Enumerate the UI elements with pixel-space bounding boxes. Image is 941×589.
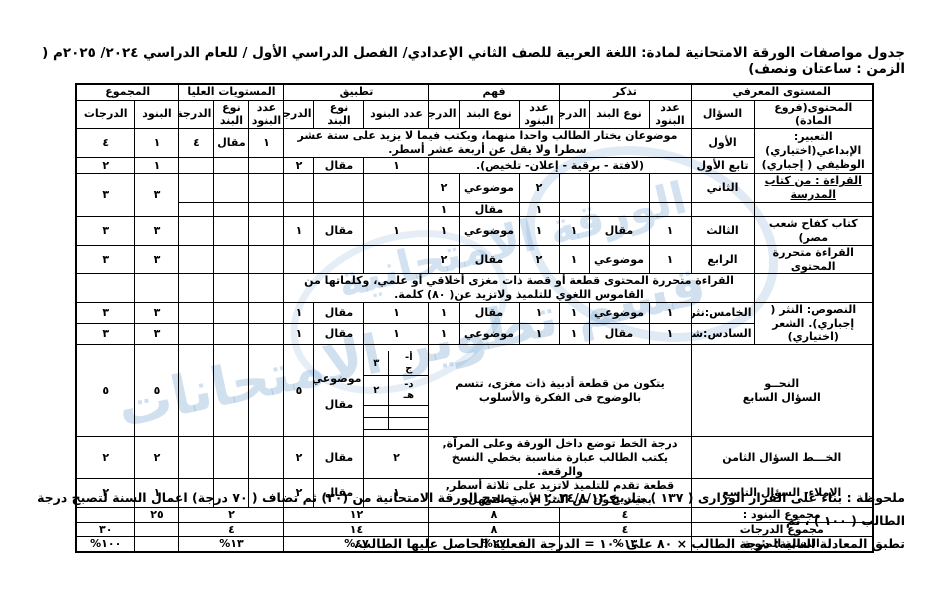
mini-row-3 [364, 405, 428, 417]
empty-cell [754, 202, 873, 217]
total-scores-q8: ٢ [76, 437, 135, 479]
app-type-q8: مقال [314, 437, 364, 479]
total-items-q6: ٣ [135, 323, 179, 344]
app-count-q8: ٢ [364, 437, 429, 479]
grammar-type-essay: مقال [316, 386, 361, 412]
row-q4: القراءة متحررة المحتوى الرابع ١ موضوعي ١… [76, 245, 873, 274]
question-first-cont: تابع الأول [691, 158, 754, 174]
comp-count-q2: ٢ [519, 174, 559, 203]
row-q1-cont: تابع الأول (لافتة - برقية - إعلان- تلخيص… [76, 158, 873, 174]
empty-cell [249, 437, 284, 479]
empty-cell [559, 174, 589, 203]
header-comprehension: فهم [429, 84, 559, 100]
empty-cell [214, 158, 249, 174]
total-items-q8: ٢ [135, 437, 179, 479]
header-total-items: البنود [135, 100, 179, 129]
empty-cell [314, 202, 364, 217]
footer-note-line1: ملحوظة : بناء على القرار الوزارى ( ١٣٧ )… [30, 486, 905, 532]
recall-type-q4: موضوعي [589, 245, 649, 274]
total-scores-q2: ٣ [76, 174, 135, 217]
empty-cell [559, 202, 589, 217]
header-group-row: المستوى المعرفي تذكر فهم تطبيق المستويات… [76, 84, 873, 100]
recall-score-q3: ١ [559, 217, 589, 246]
mini-row-4 [364, 417, 428, 429]
app-count-q3: ١ [364, 217, 429, 246]
empty-cell [214, 274, 249, 303]
empty-cell [179, 323, 214, 344]
question-third: الثالث [691, 217, 754, 246]
item-count-a-c: ٣ [364, 351, 388, 375]
header-recall-item-type: نوع البند [589, 100, 649, 129]
header-application: تطبيق [284, 84, 429, 100]
empty-cell [214, 345, 249, 437]
empty-cell [589, 174, 649, 203]
empty-cell [214, 437, 249, 479]
grammar-types-cell: موضوعي مقال [314, 345, 364, 437]
grammar-items-cell: أ- ج ٣ د- هـ ٢ [364, 345, 429, 437]
empty-cell [364, 202, 429, 217]
empty-cell [284, 174, 314, 203]
empty-cell [314, 245, 364, 274]
question-fourth: الرابع [691, 245, 754, 274]
comp-type-q4: مقال [459, 245, 519, 274]
empty-cell [754, 274, 873, 303]
empty-cell [389, 417, 429, 429]
empty-cell [364, 245, 429, 274]
mini-row-1: أ- ج ٣ [364, 351, 428, 375]
footer-note-line2: تطبق المعادلة التالية: درجة الطالب × ٨٠ … [30, 532, 905, 555]
empty-cell [214, 302, 249, 323]
empty-cell [649, 202, 691, 217]
empty-cell [76, 274, 135, 303]
comp-type-q3: موضوعي [459, 217, 519, 246]
empty-cell [249, 274, 284, 303]
content-free-reading: القراءة متحررة المحتوى [754, 245, 873, 274]
recall-count-q6: ١ [649, 323, 691, 344]
recall-type-q5: موضوعي [589, 302, 649, 323]
empty-cell [135, 274, 179, 303]
footer-notes: ملحوظة : بناء على القرار الوزارى ( ١٣٧ )… [30, 486, 905, 555]
comp-score-q2: ٢ [429, 174, 459, 203]
header-recall: تذكر [559, 84, 691, 100]
comp-type-q5: مقال [459, 302, 519, 323]
empty-cell [364, 174, 429, 203]
header-higher-item-type: نوع البند [214, 100, 249, 129]
app-score-q5: ١ [284, 302, 314, 323]
empty-cell [179, 217, 214, 246]
row-q6: السادس:شعر ١ مقال ١ ١ موضوعي ١ ١ مقال ١ … [76, 323, 873, 344]
empty-cell [249, 158, 284, 174]
total-items-q7: ٥ [135, 345, 179, 437]
comp-type-q2b: مقال [459, 202, 519, 217]
total-items-q1c: ١ [135, 158, 179, 174]
question-fifth: الخامس:نثر [691, 302, 754, 323]
item-label-d-h: د- هـ [389, 375, 429, 405]
header-total-scores: الدرجات [76, 100, 135, 129]
exam-spec-document: { "title": "جدول مواصفات الورقة الامتحان… [0, 0, 941, 589]
header-app-item-type: نوع البند [314, 100, 364, 129]
empty-cell [691, 202, 754, 217]
app-type-q5: مقال [314, 302, 364, 323]
grammar-type-objective: موضوعي [316, 370, 361, 386]
item-count-d-h: ٢ [364, 375, 388, 405]
empty-cell [249, 345, 284, 437]
header-higher-items-count: عدد البنود [249, 100, 284, 129]
row-q3: كتاب كفاح شعب مصر) الثالث ١ مقال ١ ١ موض… [76, 217, 873, 246]
recall-count-q3: ١ [649, 217, 691, 246]
total-scores-q5: ٣ [76, 302, 135, 323]
higher-count-q1: ١ [249, 129, 284, 158]
comp-type-q2: موضوعي [459, 174, 519, 203]
empty-cell [364, 417, 388, 429]
question-sixth: السادس:شعر [691, 323, 754, 344]
app-score-q7: ٥ [284, 345, 314, 437]
empty-cell [179, 202, 214, 217]
empty-cell [364, 405, 388, 417]
content-expression: التعبير: الإبداعي(اختياري) الوظيفي ( إجب… [754, 129, 873, 174]
empty-cell [179, 174, 214, 203]
header-recall-items-count: عدد البنود [649, 100, 691, 129]
recall-score-q4: ١ [559, 245, 589, 274]
content-kifah-book: كتاب كفاح شعب مصر) [754, 217, 873, 246]
empty-cell [389, 405, 429, 417]
total-items-q4: ٣ [135, 245, 179, 274]
empty-cell [179, 437, 214, 479]
empty-cell [249, 245, 284, 274]
row-q2: القراءة : من كتاب المدرسة الثاني ٢ موضوع… [76, 174, 873, 203]
grammar-title: النحــو [694, 377, 871, 391]
content-texts: النصوص: النثر ( إجباري). الشعر (اختياري) [754, 302, 873, 344]
total-scores-q7: ٥ [76, 345, 135, 437]
app-count-q1c: ١ [364, 158, 429, 174]
mini-row-2: د- هـ ٢ [364, 375, 428, 405]
app-score-q3: ١ [284, 217, 314, 246]
empty-cell [214, 202, 249, 217]
empty-cell [179, 245, 214, 274]
empty-cell [214, 217, 249, 246]
comp-count-q3: ١ [519, 217, 559, 246]
grammar-items-mini-table: أ- ج ٣ د- هـ ٢ [364, 351, 428, 430]
total-items-q2: ٣ [135, 174, 179, 217]
header-question: السؤال [691, 100, 754, 129]
note-q1-cont: (لافتة - برقية - إعلان- تلخيص). [429, 158, 691, 174]
row-q1: التعبير: الإبداعي(اختياري) الوظيفي ( إجب… [76, 129, 873, 158]
total-scores-q1: ٤ [76, 129, 135, 158]
comp-count-q6: ١ [519, 323, 559, 344]
comp-score-q4: ٢ [429, 245, 459, 274]
total-scores-q4: ٣ [76, 245, 135, 274]
total-scores-q6: ٣ [76, 323, 135, 344]
comp-count-q4: ٢ [519, 245, 559, 274]
app-count-q6: ١ [364, 323, 429, 344]
comp-count-q5: ١ [519, 302, 559, 323]
total-scores-q3: ٣ [76, 217, 135, 246]
header-knowledge-level: المستوى المعرفي [691, 84, 873, 100]
app-count-q5: ١ [364, 302, 429, 323]
comp-type-q6: موضوعي [459, 323, 519, 344]
empty-cell [284, 245, 314, 274]
higher-score-q1: ٤ [179, 129, 214, 158]
empty-cell [214, 174, 249, 203]
empty-cell [179, 345, 214, 437]
header-app-items-count: عدد البنود [364, 100, 429, 129]
exam-spec-table: المستوى المعرفي تذكر فهم تطبيق المستويات… [75, 83, 874, 553]
app-score-q8: ٢ [284, 437, 314, 479]
total-items-q1: ١ [135, 129, 179, 158]
document-title: جدول مواصفات الورقة الامتحانية لمادة: ال… [30, 45, 905, 77]
app-score-q6: ١ [284, 323, 314, 344]
question-first: الأول [691, 129, 754, 158]
header-comp-item-type: نوع البند [459, 100, 519, 129]
empty-cell [364, 429, 388, 430]
header-app-score: الدرجة [284, 100, 314, 129]
row-q5: النصوص: النثر ( إجباري). الشعر (اختياري)… [76, 302, 873, 323]
question-second: الثاني [691, 174, 754, 203]
total-items-q5: ٣ [135, 302, 179, 323]
app-type-q3: مقال [314, 217, 364, 246]
empty-cell [284, 202, 314, 217]
empty-cell [249, 302, 284, 323]
recall-type-q6: مقال [589, 323, 649, 344]
header-sub-row: المحتوى(فروع المادة) السؤال عدد البنود ن… [76, 100, 873, 129]
empty-cell [249, 323, 284, 344]
note-free-reading: القراءة متحررة المحتوى قطعة أو قصة ذات م… [284, 274, 754, 303]
note-q1: موضوعان يختار الطالب واحدا منهما، ويكتب … [284, 129, 691, 158]
content-grammar: النحــو السؤال السابع [691, 345, 873, 437]
empty-cell [389, 429, 429, 430]
empty-cell [249, 217, 284, 246]
empty-cell [314, 174, 364, 203]
app-score-q1c: ٢ [284, 158, 314, 174]
comp-score-q5: ١ [429, 302, 459, 323]
header-content: المحتوى(فروع المادة) [754, 100, 873, 129]
empty-cell [214, 323, 249, 344]
comp-score-q2b: ١ [429, 202, 459, 217]
header-comp-score: الدرجة [429, 100, 459, 129]
row-q2-sub: ١ مقال ١ [76, 202, 873, 217]
header-higher-score: الدرجة [179, 100, 214, 129]
recall-type-q3: مقال [589, 217, 649, 246]
empty-cell [649, 174, 691, 203]
total-scores-q1c: ٢ [76, 158, 135, 174]
row-q7-grammar: النحــو السؤال السابع يتكون من قطعة أدبي… [76, 345, 873, 437]
comp-score-q3: ١ [429, 217, 459, 246]
higher-type-q1: مقال [214, 129, 249, 158]
recall-count-q5: ١ [649, 302, 691, 323]
empty-cell [179, 302, 214, 323]
header-comp-items-count: عدد البنود [519, 100, 559, 129]
recall-count-q4: ١ [649, 245, 691, 274]
grammar-subtitle: السؤال السابع [694, 391, 871, 405]
comp-count-q2b: ١ [519, 202, 559, 217]
mini-row-5 [364, 429, 428, 430]
empty-cell [179, 158, 214, 174]
header-recall-score: الدرجة [559, 100, 589, 129]
app-type-q1c: مقال [314, 158, 364, 174]
empty-cell [214, 245, 249, 274]
row-q8-handwriting: الخـــط السؤال الثامن درجة الخط توضع داخ… [76, 437, 873, 479]
content-reading-schoolbook: القراءة : من كتاب المدرسة [754, 174, 873, 203]
empty-cell [249, 202, 284, 217]
total-items-q3: ٣ [135, 217, 179, 246]
header-total: المجموع [76, 84, 179, 100]
content-handwriting: الخـــط السؤال الثامن [691, 437, 873, 479]
note-handwriting: درجة الخط توضع داخل الورقة وعلى المرآة, … [429, 437, 691, 479]
item-label-a-c: أ- ج [389, 351, 429, 375]
note-grammar: يتكون من قطعة أدبية ذات مغزى، تتسم بالوض… [429, 345, 691, 437]
comp-score-q6: ١ [429, 323, 459, 344]
app-type-q6: مقال [314, 323, 364, 344]
empty-cell [589, 202, 649, 217]
recall-score-q6: ١ [559, 323, 589, 344]
row-free-reading-note: القراءة متحررة المحتوى قطعة أو قصة ذات م… [76, 274, 873, 303]
empty-cell [179, 274, 214, 303]
header-higher-levels: المستويات العليا [179, 84, 284, 100]
empty-cell [249, 174, 284, 203]
recall-score-q5: ١ [559, 302, 589, 323]
